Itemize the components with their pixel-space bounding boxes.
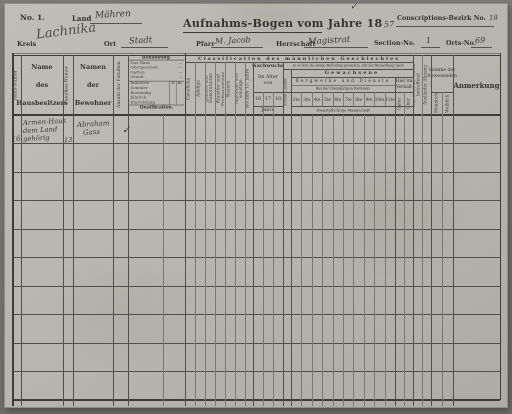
grid-line [235, 62, 236, 115]
grid-line [283, 69, 413, 70]
grid-line [73, 115, 74, 406]
grid-line [422, 115, 423, 406]
grid-line [322, 115, 323, 406]
grid-line [374, 115, 375, 406]
grid-line [312, 115, 313, 406]
entry-hausbesitzer: Armen-Haus dem Land gehörig [23, 118, 63, 142]
scanned-census-form: No. 1. Land Mähren ✓ Aufnahms-Bogen vom … [0, 0, 512, 414]
entry-check: ✓ [122, 125, 131, 136]
grid-line [453, 55, 454, 115]
grid-line [12, 55, 500, 57]
grid-line [442, 92, 443, 115]
grid-line [185, 53, 186, 115]
grid-line [353, 92, 354, 106]
grid-line [333, 92, 334, 106]
grid-line [413, 115, 414, 406]
grid-line [163, 115, 164, 406]
grid-line [195, 62, 196, 115]
grid-line [63, 55, 64, 115]
grid-line [301, 115, 302, 406]
grid-line [12, 399, 500, 401]
grid-line [12, 286, 500, 287]
grid-line [12, 343, 500, 344]
grid-line [63, 115, 64, 406]
grid-line [263, 92, 264, 115]
grid-line [12, 114, 500, 116]
grid-line [374, 92, 375, 106]
grid-line [205, 115, 206, 406]
entry-bewohner: Abraham Gass [77, 120, 113, 136]
grid-line [21, 115, 22, 406]
grid-line [442, 115, 443, 406]
grid-line [245, 115, 246, 406]
grid-line [301, 92, 302, 106]
grid-line [12, 314, 500, 315]
grid-line [431, 115, 432, 406]
grid-line [225, 62, 226, 115]
entry-familien-nr: 13 [64, 136, 73, 144]
grid-line [185, 115, 186, 406]
grid-line [422, 55, 423, 115]
entry-haus-nr: 16 [11, 134, 22, 145]
grid-line [205, 62, 206, 115]
grid-line [291, 69, 292, 115]
grid-line [12, 200, 500, 201]
entry-bewohner-l2: Gass [83, 127, 113, 137]
grid-line [12, 172, 500, 173]
grid-line [283, 115, 284, 406]
grid-line [21, 55, 22, 115]
grid-line [225, 115, 226, 406]
grid-line [500, 53, 501, 400]
grid-line [215, 62, 216, 115]
grid-line [343, 115, 344, 406]
grid-line [343, 92, 344, 106]
grid-line [12, 371, 500, 372]
grid-line [291, 85, 395, 86]
grid-line [312, 92, 313, 106]
grid-line [353, 115, 354, 406]
grid-line [73, 55, 74, 115]
grid-line [322, 92, 323, 106]
grid-line [385, 115, 386, 406]
grid-line [113, 115, 114, 406]
grid-line [263, 115, 264, 406]
grid-line [12, 53, 14, 406]
grid-line [245, 62, 246, 115]
grid-line [253, 106, 283, 107]
grid-line [12, 143, 500, 144]
grid-line [413, 55, 414, 115]
grid-line [273, 92, 274, 115]
grid-line [385, 92, 386, 106]
grid-line [364, 92, 365, 106]
grid-line [453, 115, 454, 406]
grid-line [291, 115, 292, 406]
grid-line [128, 55, 129, 115]
grid-line [215, 115, 216, 406]
grid-line [253, 115, 254, 406]
table-grid [0, 0, 512, 414]
grid-line [253, 62, 254, 115]
grid-line [195, 115, 196, 406]
grid-line [273, 115, 274, 406]
grid-line [113, 55, 114, 115]
grid-line [333, 115, 334, 406]
grid-line [404, 115, 405, 406]
grid-line [431, 55, 432, 115]
grid-line [283, 62, 284, 115]
grid-line [185, 62, 413, 63]
entry-hausbesitzer-l3: gehörig [23, 133, 63, 143]
grid-line [395, 77, 396, 115]
grid-line [12, 229, 500, 230]
grid-line [128, 115, 129, 406]
grid-line [404, 92, 405, 115]
grid-line [12, 257, 500, 258]
grid-line [395, 115, 396, 406]
grid-line [364, 115, 365, 406]
grid-line [235, 115, 236, 406]
